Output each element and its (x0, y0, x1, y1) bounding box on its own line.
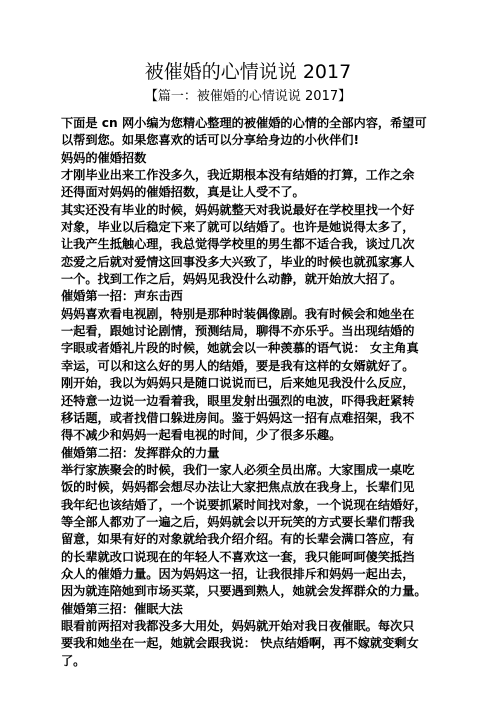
text-line: 众人的催婚力量。因为妈妈这一招，让我很排斥和妈妈一起出去， (61, 566, 471, 583)
document-body: 下面是 cn 网小编为您精心整理的被催婚的心情的全部内容，希望可 以帮到您。如果… (61, 115, 471, 670)
text-line: 移话题，或者找借口躲进房间。鉴于妈妈这一招有点难招架，我不 (61, 410, 471, 427)
text-line: 下面是 cn 网小编为您精心整理的被催婚的心情的全部内容，希望可 (61, 115, 471, 132)
text-line: 其实还没有毕业的时候，妈妈就整天对我说最好在学校里找一个好 (61, 202, 471, 219)
text-line: 我年纪也该结婚了，一个说要抓紧时间找对象，一个说现在结婚好， (61, 497, 471, 514)
text-line: 了。 (61, 653, 471, 670)
text-line: 举行家族聚会的时候，我们一家人必须全员出席。大家围成一桌吃 (61, 462, 471, 479)
text-line: 一起看，跟她讨论剧情，预测结局，聊得不亦乐乎。当出现结婚的 (61, 323, 471, 340)
text-line: 让我产生抵触心理，我总觉得学校里的男生都不适合我，谈过几次 (61, 236, 471, 253)
text-line: 眼看前两招对我都没多大用处，妈妈就开始对我日夜催眠。每次只 (61, 618, 471, 635)
text-line: 幸运，可以和这么好的男人的结婚，要是我有这样的女婿就好了。 (61, 358, 471, 375)
text-line: 等全部人都劝了一遍之后，妈妈就会以开玩笑的方式要长辈们帮我 (61, 514, 471, 531)
text-line: 的长辈就改口说现在的年轻人不喜欢这一套，我只能呵呵傻笑抵挡 (61, 549, 471, 566)
section-heading: 催婚第一招：声东击西 (61, 288, 471, 305)
text-line: 还特意一边说一边看着我，眼里发射出强烈的电波，吓得我赶紧转 (61, 393, 471, 410)
text-line: 以帮到您。如果您喜欢的话可以分享给身边的小伙伴们! (61, 132, 471, 149)
section-heading: 催婚第三招：催眠大法 (61, 601, 471, 618)
text-line: 得不减少和妈妈一起看电视的时间，少了很多乐趣。 (61, 427, 471, 444)
text-line: 对象，毕业以后稳定下来了就可以结婚了。也许是她说得太多了， (61, 219, 471, 236)
document-subtitle: 【篇一：被催婚的心情说说 2017】 (0, 88, 496, 106)
text-line: 刚开始，我以为妈妈只是随口说说而已，后来她见我没什么反应， (61, 375, 471, 392)
document-title: 被催婚的心情说说 2017 (0, 60, 496, 84)
text-line: 妈妈喜欢看电视剧，特别是那种时装偶像剧。我有时候会和她坐在 (61, 306, 471, 323)
text-line: 还得面对妈妈的催婚招数，真是让人受不了。 (61, 184, 471, 201)
section-heading: 妈妈的催婚招数 (61, 150, 471, 167)
text-line: 恋爱之后就对爱情这回事没多大兴致了，毕业的时候也就孤家寡人 (61, 254, 471, 271)
text-line: 饭的时候，妈妈都会想尽办法让大家把焦点放在我身上，长辈们见 (61, 479, 471, 496)
text-line: 留意，如果有好的对象就给我介绍介绍。有的长辈会满口答应，有 (61, 531, 471, 548)
text-line: 因为就连陪她到市场买菜，只要遇到熟人，她就会发挥群众的力量。 (61, 583, 471, 600)
text-line: 一个。找到工作之后，妈妈见我没什么动静，就开始放大招了。 (61, 271, 471, 288)
text-line: 要我和她坐在一起，她就会跟我说： 快点结婚啊，再不嫁就变剩女 (61, 635, 471, 652)
text-line: 字眼或者婚礼片段的时候，她就会以一种羡慕的语气说： 女主角真 (61, 340, 471, 357)
section-heading: 催婚第二招：发挥群众的力量 (61, 445, 471, 462)
document-page: 被催婚的心情说说 2017 【篇一：被催婚的心情说说 2017】 下面是 cn … (0, 0, 496, 702)
text-line: 才刚毕业出来工作没多久，我近期根本没有结婚的打算，工作之余 (61, 167, 471, 184)
